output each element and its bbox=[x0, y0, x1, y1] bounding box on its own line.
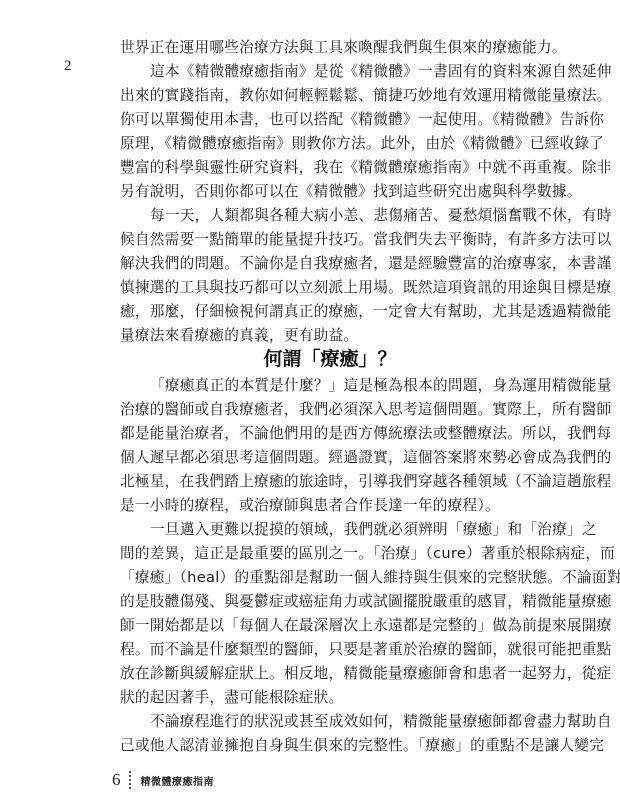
section-intro-text: 世界正在運用哪些治療方法與工具來喚醒我們與生俱來的療癒能力。這本《精微體療癒指南… bbox=[120, 36, 548, 348]
text-line: 「療癒真正的本質是什麼？」這是極為根本的問題，身為運用精微能量 bbox=[120, 374, 548, 398]
book-page: 2 世界正在運用哪些治療方法與工具來喚醒我們與生俱來的療癒能力。這本《精微體療癒… bbox=[0, 0, 620, 809]
text-line: 個人遲早都必須思考這個問題。經過證實，這個答案將來勢必會成為我們的 bbox=[120, 446, 548, 470]
page-footer: 6 精微體療癒指南 bbox=[112, 770, 214, 790]
text-line: 候自然需要一點簡單的能量提升技巧。當我們失去平衡時，有許多方法可以 bbox=[120, 228, 548, 252]
running-book-title: 精微體療癒指南 bbox=[141, 773, 215, 788]
text-line: 豐富的科學與靈性研究資料，我在《精微體療癒指南》中就不再重複。除非 bbox=[120, 156, 548, 180]
section-heading: 何謂「療癒」？ bbox=[0, 343, 620, 375]
footer-divider bbox=[129, 771, 133, 789]
text-line: 不論療程進行的狀況或甚至成效如何，精微能量療癒師都會盡力幫助自 bbox=[120, 710, 548, 734]
text-line: 程。而不論是什麼類型的醫師，只要是著重於治療的醫師，就很可能把重點 bbox=[120, 638, 548, 662]
section-healing-text: 「療癒真正的本質是什麼？」這是極為根本的問題，身為運用精微能量治療的醫師或自我療… bbox=[120, 374, 548, 758]
text-line: 這本《精微體療癒指南》是從《精微體》一書固有的資料來源自然延伸 bbox=[120, 60, 548, 84]
text-line: 己或他人認清並擁抱自身與生俱來的完整性。「療癒」的重點不是讓人變完 bbox=[120, 734, 548, 758]
text-line: 間的差異，這正是最重要的區別之一。「治療」（cure）著重於根除病症，而 bbox=[120, 542, 548, 566]
text-line: 原理，《精微體療癒指南》則教你方法。此外，由於《精微體》已經收錄了 bbox=[120, 132, 548, 156]
text-line: 每一天，人類都與各種大病小恙、悲傷痛苦、憂愁煩惱奮戰不休，有時 bbox=[120, 204, 548, 228]
text-line: 治療的醫師或自我療癒者，我們必須深入思考這個問題。實際上，所有醫師 bbox=[120, 398, 548, 422]
text-line: 都是能量治療者，不論他們用的是西方傳統療法或整體療法。所以，我們每 bbox=[120, 422, 548, 446]
text-line: 癒，那麼，仔細檢視何謂真正的療癒，一定會大有幫助，尤其是透過精微能 bbox=[120, 300, 548, 324]
margin-note-number: 2 bbox=[64, 58, 72, 75]
text-line: 慎揀選的工具與技巧都可以立刻派上用場。既然這項資訊的用途與目標是療 bbox=[120, 276, 548, 300]
text-line: 北極星，在我們踏上療癒的旅途時，引導我們穿越各種領域（不論這趟旅程 bbox=[120, 470, 548, 494]
text-line: 放在診斷與緩解症狀上。相反地，精微能量療癒師會和患者一起努力，從症 bbox=[120, 662, 548, 686]
page-number: 6 bbox=[112, 770, 121, 790]
text-line: 一旦邁入更難以捉摸的領域，我們就必須辨明「療癒」和「治療」之 bbox=[120, 518, 548, 542]
text-line: 世界正在運用哪些治療方法與工具來喚醒我們與生俱來的療癒能力。 bbox=[120, 36, 548, 60]
text-line: 出來的實踐指南，教你如何輕輕鬆鬆、簡捷巧妙地有效運用精微能量療法。 bbox=[120, 84, 548, 108]
text-line: 師一開始都是以「每個人在最深層次上永遠都是完整的」做為前提來展開療 bbox=[120, 614, 548, 638]
text-line: 另有說明，否則你都可以在《精微體》找到這些研究出處與科學數據。 bbox=[120, 180, 548, 204]
text-line: 是一小時的療程，或治療師與患者合作長達一年的療程）。 bbox=[120, 494, 548, 518]
text-line: 狀的起因著手，盡可能根除症狀。 bbox=[120, 686, 548, 710]
text-line: 「療癒」（heal）的重點卻是幫助一個人維持與生俱來的完整狀態。不論面對 bbox=[120, 566, 548, 590]
text-line: 的是肢體傷殘、與憂鬱症或癌症角力或試圖擺脫嚴重的感冒，精微能量療癒 bbox=[120, 590, 548, 614]
text-line: 你可以單獨使用本書，也可以搭配《精微體》一起使用。《精微體》告訴你 bbox=[120, 108, 548, 132]
text-line: 解決我們的問題。不論你是自我療癒者，還是經驗豐富的治療專家，本書謹 bbox=[120, 252, 548, 276]
